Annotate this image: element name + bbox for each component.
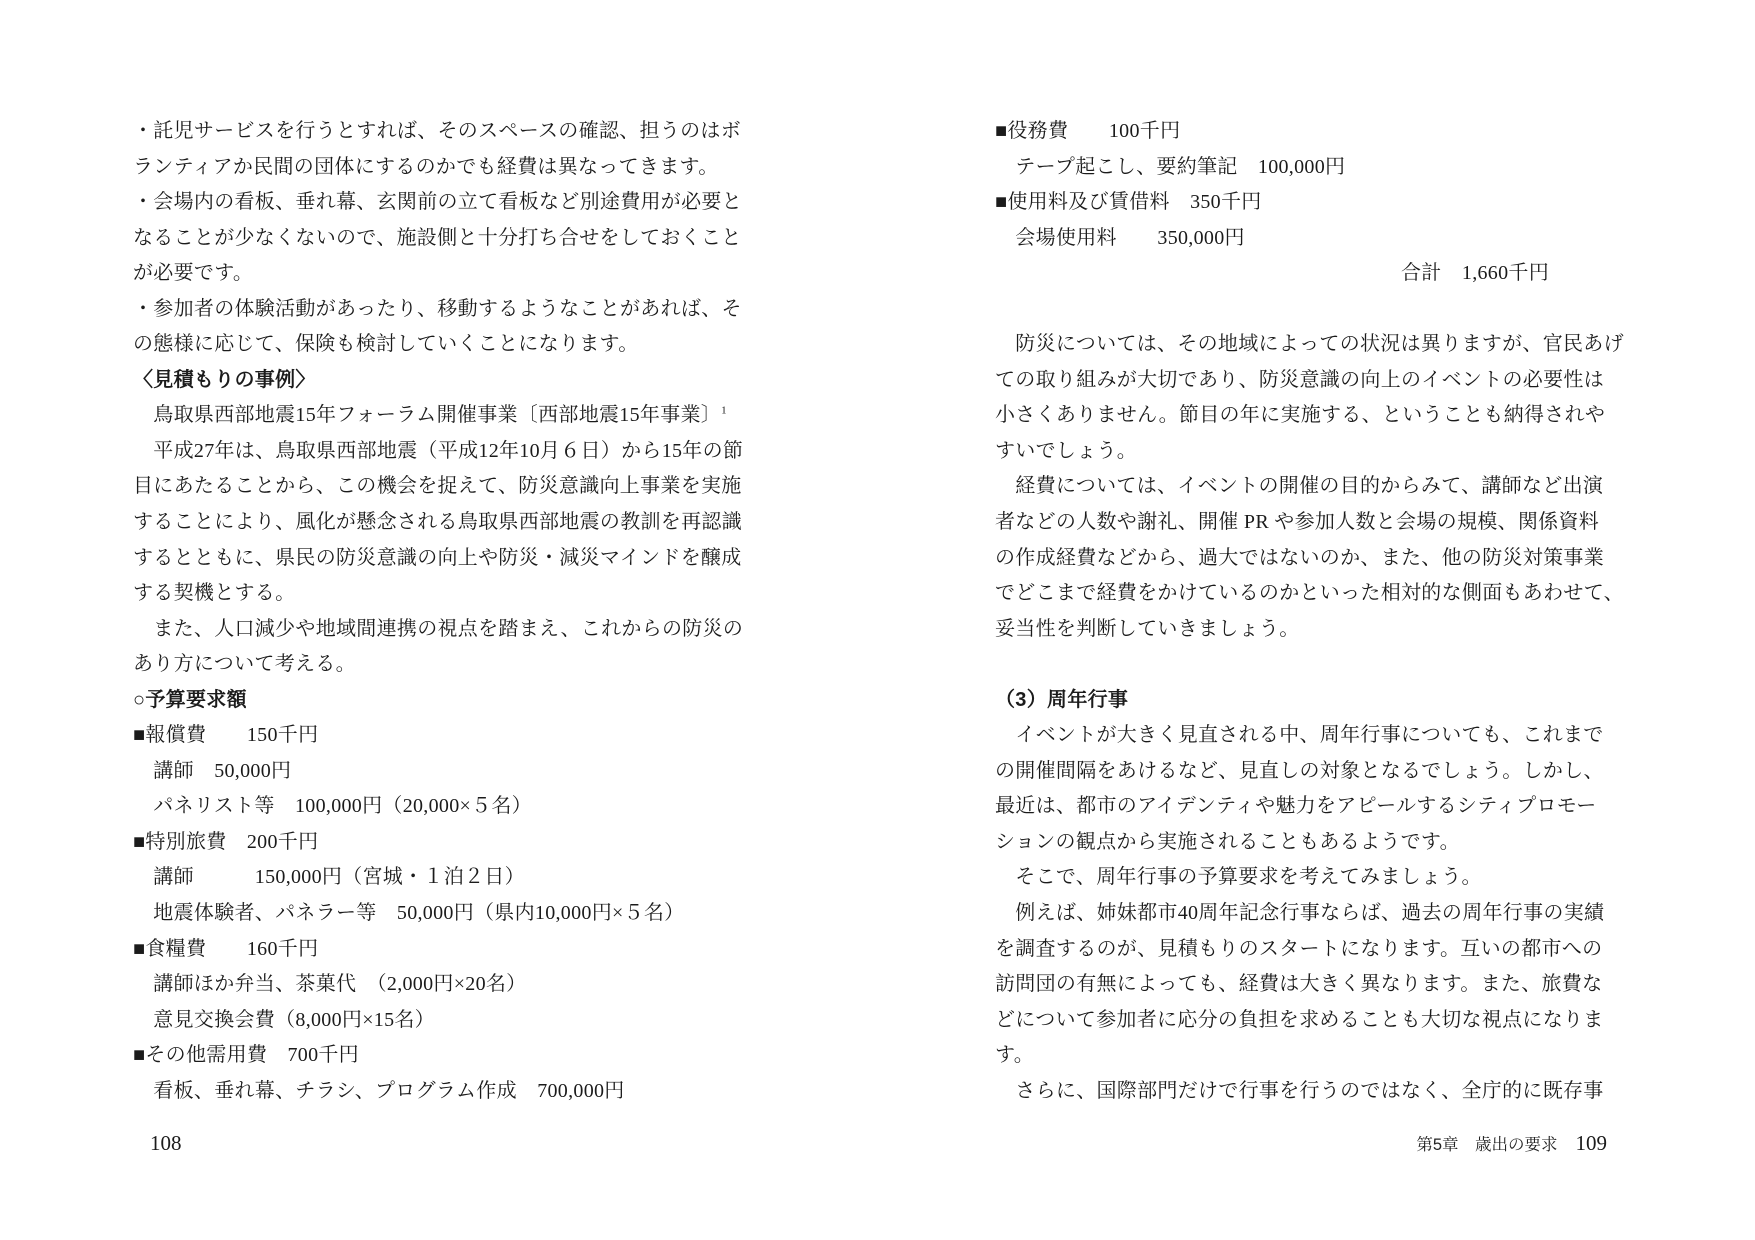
text-line: そこで、周年行事の予算要求を考えてみましょう。: [995, 860, 1611, 896]
right-text-block: ■役務費 100千円 テープ起こし、要約筆記 100,000円■使用料及び賃借料…: [995, 114, 1611, 1109]
text-line: ■報償費 150千円: [133, 718, 749, 754]
text-line: 妥当性を判断していきましょう。: [995, 612, 1611, 648]
text-line: テープ起こし、要約筆記 100,000円: [995, 150, 1611, 186]
footer-chapter-title: 第5章 歳出の要求: [1416, 1136, 1557, 1154]
left-page: ・託児サービスを行うとすれば、そのスペースの確認、担うのはボランティアか民間の団…: [133, 0, 749, 1240]
text-line: また、人口減少や地域間連携の視点を踏まえ、これからの防災の: [133, 612, 749, 648]
text-line: ・会場内の看板、垂れ幕、玄関前の立て看板など別途費用が必要と: [133, 185, 749, 221]
text-line: 鳥取県西部地震15年フォーラム開催事業〔西部地震15年事業〕1: [133, 398, 749, 434]
text-line: さらに、国際部門だけで行事を行うのではなく、全庁的に既存事: [995, 1074, 1611, 1110]
text-line: 平成27年は、鳥取県西部地震（平成12年10月６日）から15年の節: [133, 434, 749, 470]
text-line: ・参加者の体験活動があったり、移動するようなことがあれば、そ: [133, 292, 749, 328]
text-line: [995, 292, 1611, 328]
text-line: 看板、垂れ幕、チラシ、プログラム作成 700,000円: [133, 1074, 749, 1110]
text-line: なることが少なくないので、施設側と十分打ち合せをしておくこと: [133, 221, 749, 257]
text-line: するとともに、県民の防災意識の向上や防災・減災マインドを醸成: [133, 541, 749, 577]
text-line: を調査するのが、見積もりのスタートになります。互いの都市への: [995, 932, 1611, 968]
text-line: 目にあたることから、この機会を捉えて、防災意識向上事業を実施: [133, 469, 749, 505]
text-line: あり方について考える。: [133, 647, 749, 683]
text-line: の態様に応じて、保険も検討していくことになります。: [133, 327, 749, 363]
text-line: 経費については、イベントの開催の目的からみて、講師など出演: [995, 469, 1611, 505]
text-line: ランティアか民間の団体にするのかでも経費は異なってきます。: [133, 150, 749, 186]
text-line: ■特別旅費 200千円: [133, 825, 749, 861]
text-line: 防災については、その地域によっての状況は異りますが、官民あげ: [995, 327, 1611, 363]
text-line: 合計 1,660千円: [995, 256, 1611, 292]
section-heading: （3）周年行事: [995, 683, 1611, 719]
text-line: の作成経費などから、過大ではないのか、また、他の防災対策事業: [995, 541, 1611, 577]
text-line: 意見交換会費（8,000円×15名）: [133, 1003, 749, 1039]
text-line: どについて参加者に応分の負担を求めることも大切な視点になりま: [995, 1003, 1611, 1039]
text-line: 者などの人数や謝礼、開催 PR や参加人数と会場の規模、関係資料: [995, 505, 1611, 541]
text-line: 地震体験者、パネラー等 50,000円（県内10,000円×５名）: [133, 896, 749, 932]
text-line: の開催間隔をあけるなど、見直しの対象となるでしょう。しかし、: [995, 754, 1611, 790]
text-line: 最近は、都市のアイデンティや魅力をアピールするシティプロモー: [995, 789, 1611, 825]
text-line: ■その他需用費 700千円: [133, 1038, 749, 1074]
text-line: 講師ほか弁当、茶菓代 （2,000円×20名）: [133, 967, 749, 1003]
left-page-number: 108: [133, 1128, 766, 1158]
text-line: す。: [995, 1038, 1611, 1074]
text-line: 講師 50,000円: [133, 754, 749, 790]
section-heading: ○予算要求額: [133, 683, 749, 719]
text-line: でどこまで経費をかけているのかといった相対的な側面もあわせて、: [995, 576, 1611, 612]
text-line: ■食糧費 160千円: [133, 932, 749, 968]
text-line: することにより、風化が懸念される鳥取県西部地震の教訓を再認識: [133, 505, 749, 541]
text-line: 訪問団の有無によっても、経費は大きく異なります。また、旅費な: [995, 967, 1611, 1003]
section-heading: 〈見積もりの事例〉: [133, 363, 749, 399]
footnote-marker: 1: [721, 405, 727, 417]
text-line: ・託児サービスを行うとすれば、そのスペースの確認、担うのはボ: [133, 114, 749, 150]
text-line: ての取り組みが大切であり、防災意識の向上のイベントの必要性は: [995, 363, 1611, 399]
right-page-number: 109: [1576, 1131, 1608, 1155]
text-line: パネリスト等 100,000円（20,000×５名）: [133, 789, 749, 825]
text-line: イベントが大きく見直される中、周年行事についても、これまで: [995, 718, 1611, 754]
text-line: 会場使用料 350,000円: [995, 221, 1611, 257]
text-line: ■使用料及び賃借料 350千円: [995, 185, 1611, 221]
text-line: 講師 150,000円（宮城・１泊２日）: [133, 860, 749, 896]
text-line: すいでしょう。: [995, 434, 1611, 470]
text-line: [995, 647, 1611, 683]
text-line: が必要です。: [133, 256, 749, 292]
text-line: 例えば、姉妹都市40周年記念行事ならば、過去の周年行事の実績: [995, 896, 1611, 932]
right-page-footer: 第5章 歳出の要求109: [995, 1128, 1611, 1158]
text-line: ションの観点から実施されることもあるようです。: [995, 825, 1611, 861]
text-line: 小さくありません。節目の年に実施する、ということも納得されや: [995, 398, 1611, 434]
left-text-block: ・託児サービスを行うとすれば、そのスペースの確認、担うのはボランティアか民間の団…: [133, 114, 749, 1109]
text-line: する契機とする。: [133, 576, 749, 612]
right-page: ■役務費 100千円 テープ起こし、要約筆記 100,000円■使用料及び賃借料…: [995, 0, 1611, 1240]
text-line: ■役務費 100千円: [995, 114, 1611, 150]
